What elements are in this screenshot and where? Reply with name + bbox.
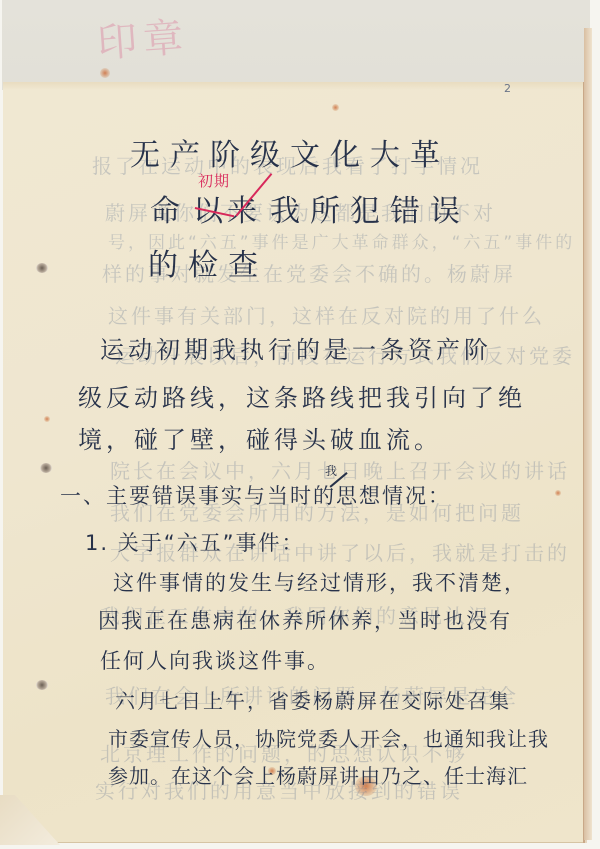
paragraph-line: 运动初期我执行的是一条资产阶 (100, 330, 492, 365)
body-line: 因我正在患病在休养所休养，当时也没有 (98, 605, 512, 635)
title-line-2-suffix: 我所犯错误 (270, 186, 470, 230)
section-heading: 一、主要错误事实与当时的思想情况： (60, 480, 451, 510)
body-line: 市委宣传人员，协院党委人开会，也通知我让我 (108, 723, 549, 752)
body-line: 任何人向我谈这件事。 (100, 645, 330, 675)
body-line: 六月七日上午，省委杨蔚屏在交际处召集 (115, 685, 511, 714)
body-line: 这件事情的发生与经过情形，我不清楚， (113, 567, 527, 597)
title-line-1: 无产阶级文化大革 (130, 130, 450, 174)
scanned-document: 印章 2 报了在运动中的表现后我看了打手情况 蔚屏说你们不要认为这都是我们的不对… (0, 0, 600, 849)
rust-stain (555, 490, 561, 496)
punch-hole-3 (36, 680, 48, 690)
title-line-2-prefix: 命 (150, 186, 190, 230)
page-edge (584, 28, 592, 840)
underlying-sheet: 印章 (2, 0, 590, 90)
body-line: 参加。在这个会上杨蔚屏讲由乃之、任士海汇 (108, 760, 528, 789)
subsection-heading: 1. 关于“六五”事件： (85, 527, 304, 557)
red-correction-insertion: 初期 (198, 170, 230, 191)
page-number: 2 (504, 82, 511, 95)
paragraph-line: 级反动路线，这条路线把我引向了绝 (78, 378, 526, 413)
heading-insertion: 我 (325, 462, 337, 479)
rust-stain (44, 416, 50, 422)
paragraph-line: 境，碰了壁，碰得头破血流。 (78, 420, 442, 455)
rust-stain (332, 104, 339, 111)
bleed-through-text: 这件事有关部门，这样在反对院的用了什么 (108, 300, 545, 329)
punch-hole-2 (40, 463, 52, 473)
rust-stain (100, 68, 110, 78)
title-line-3: 的检查 (148, 240, 268, 284)
punch-hole-1 (36, 263, 48, 273)
faded-red-stamp: 印章 (95, 0, 299, 72)
